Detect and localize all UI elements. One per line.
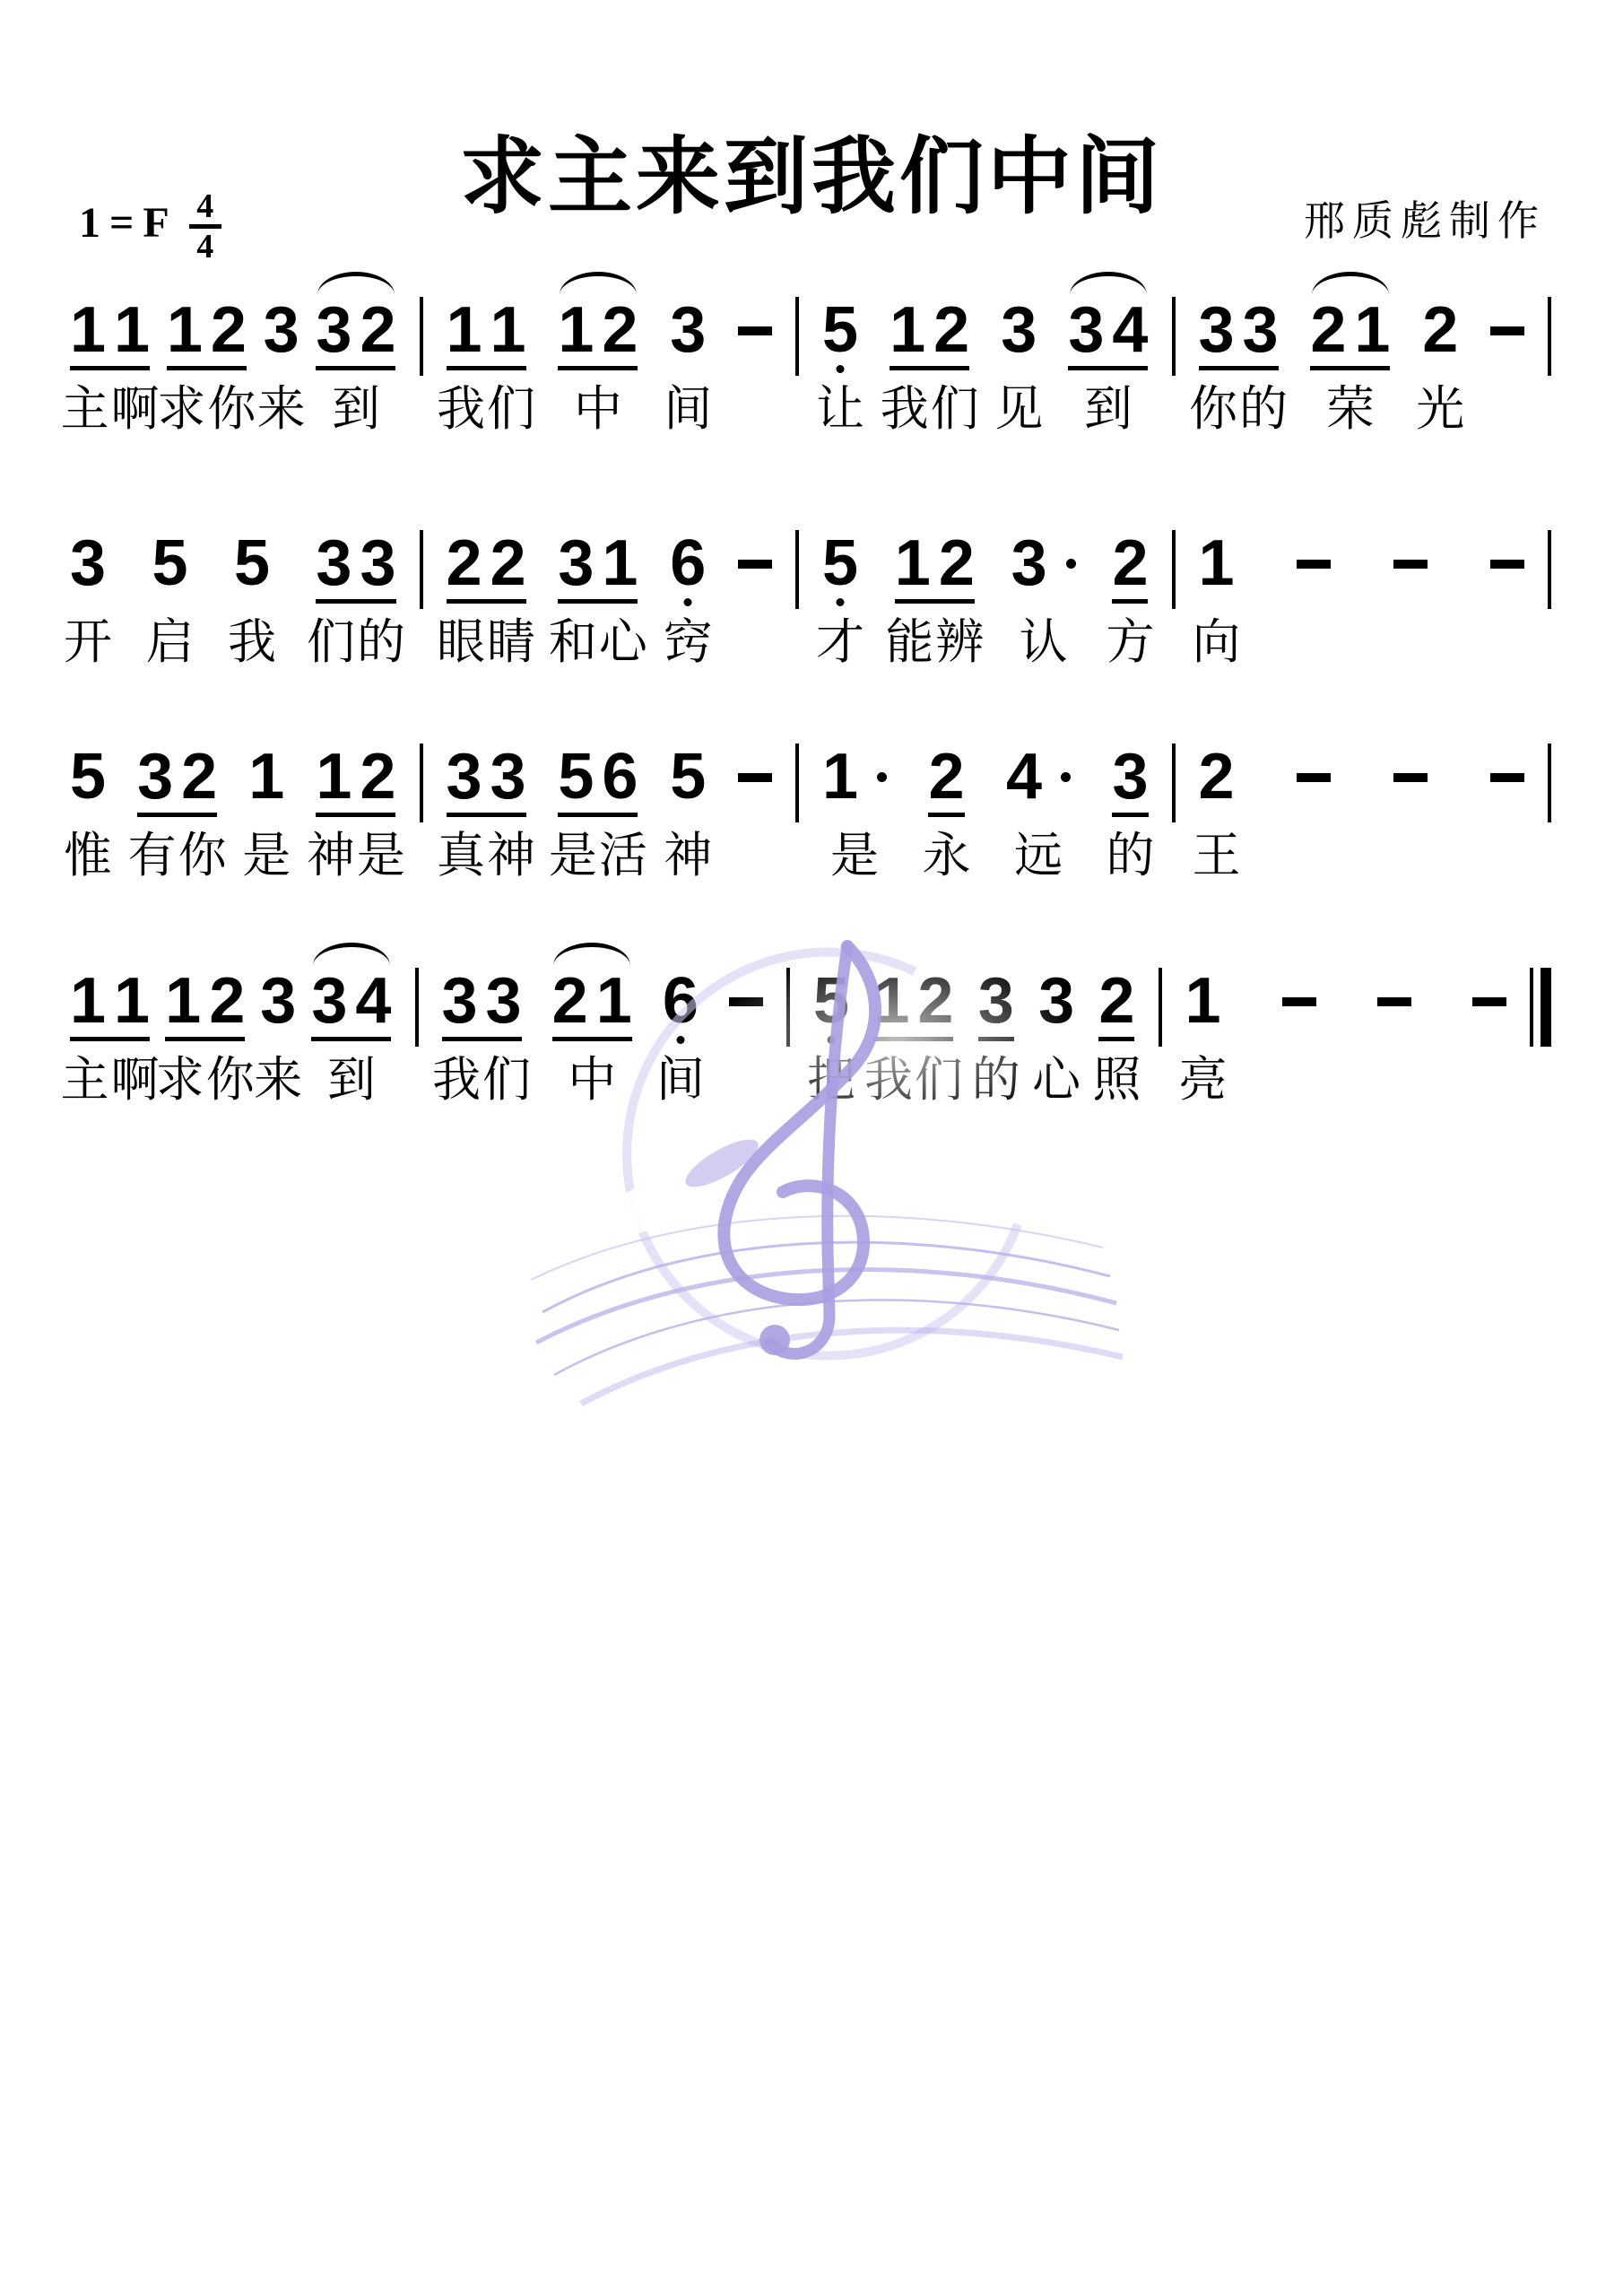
note-digit: 3 [311, 971, 347, 1031]
note-digit: 3 [1038, 971, 1074, 1031]
measure: 22眼睛31和心6窍 [423, 505, 796, 604]
note-token: 3认 [1011, 505, 1076, 593]
dash-glyph [1393, 560, 1428, 569]
lyric-syllable: 开 [64, 616, 112, 668]
lyric-syllable: 来 [254, 1054, 302, 1106]
lyric-syllable: 惟 [64, 830, 112, 882]
note-token: 5我 [234, 505, 270, 593]
lyric-char: 启 [145, 616, 194, 668]
measure: 1向 [1176, 505, 1549, 593]
dash-glyph [738, 326, 772, 335]
lyric-syllable: 我们 [437, 383, 535, 435]
note-digit: 4 [1006, 747, 1042, 806]
note-digits: 5 [822, 300, 858, 360]
note-token: 2照 [1098, 943, 1134, 1041]
augmentation-dot [877, 772, 887, 782]
note-digit: 1 [558, 300, 594, 360]
beamed-notes: 11 [70, 971, 150, 1041]
note-digit: 2 [602, 300, 638, 360]
dash-hold-note [1490, 718, 1524, 782]
lyric-char: 心 [1032, 1054, 1081, 1106]
note-digit: 2 [360, 747, 395, 806]
lyric-syllable: 向 [1193, 616, 1241, 668]
note-digit: 4 [1112, 300, 1148, 360]
note-digit: 3 [1068, 300, 1104, 360]
measure: 1亮 [1162, 943, 1531, 1031]
lyric-char: 中 [568, 1054, 616, 1106]
lyric-syllable: 神是 [307, 830, 405, 882]
note-digit: 3 [558, 534, 594, 593]
thin-barline [1530, 968, 1533, 1047]
augmentation-dot [1066, 559, 1076, 569]
lyric-char: 你 [206, 1054, 255, 1106]
note-token: 33你的 [1199, 272, 1279, 370]
lyric-char: 主 [61, 1054, 109, 1106]
note-digit: 3 [1112, 747, 1148, 806]
lyric-char: 求 [157, 383, 205, 435]
note-digits: 4 [1006, 747, 1071, 806]
note-token: 5让 [822, 272, 858, 360]
lyric-char: 来 [254, 1054, 302, 1106]
note-digit: 3 [70, 534, 106, 593]
beamed-notes: 34 [311, 971, 391, 1041]
note-digit: 4 [355, 971, 391, 1031]
note-digits: 1 [1185, 971, 1221, 1031]
note-token: 3间 [670, 272, 706, 360]
lyric-syllable: 让 [816, 383, 864, 435]
lyric-char: 把 [807, 1054, 855, 1106]
note-digits: 6 [663, 971, 699, 1031]
dash-glyph [1393, 773, 1428, 782]
lyric-syllable: 把 [807, 1054, 855, 1106]
note-digits: 5 [813, 971, 849, 1031]
lyric-char: 到 [332, 383, 380, 435]
time-signature: 4 4 [189, 190, 221, 263]
beamed-notes: 2 [1098, 971, 1134, 1041]
beamed-notes: 32 [316, 300, 395, 370]
lyric-char: 啊 [111, 1054, 160, 1106]
beamed-notes: 22 [447, 534, 526, 604]
note-digit: 2 [1098, 971, 1134, 1031]
measure: 33你的21荣2光 [1176, 272, 1549, 370]
beamed-notes: 12 [316, 747, 395, 817]
lyric-syllable: 我们 [881, 383, 979, 435]
note-digit: 5 [822, 534, 858, 593]
note-digit: 1 [490, 300, 526, 360]
lyric-char: 我 [437, 383, 485, 435]
lyric-char: 你 [178, 830, 227, 882]
notation-line-1: 11主啊12求你3来32到11我们12中3间5让12我们3见34到33你的21荣… [63, 272, 1551, 447]
lyric-char: 窍 [664, 616, 712, 668]
note-digits: 5 [152, 534, 187, 593]
note-token: 1是 [822, 718, 887, 806]
lyric-syllable: 才 [816, 616, 864, 668]
note-token: 32到 [316, 272, 395, 370]
note-digit: 3 [1199, 300, 1235, 360]
note-digit: 2 [917, 971, 953, 1031]
note-digit: 1 [114, 971, 150, 1031]
lyric-char: 亮 [1179, 1054, 1228, 1106]
lyric-syllable: 窍 [664, 616, 712, 668]
measure: 5惟32有你1是12神是 [63, 718, 420, 817]
note-digits: 1 [822, 747, 887, 806]
lyric-syllable: 中 [568, 1054, 616, 1106]
beamed-notes: 32 [137, 747, 217, 817]
note-token: 1是 [248, 718, 284, 806]
sheet-music-page: 求主来到我们中间 1 = F 4 4 邢质彪制作 11主啊12求你3来32到11… [0, 0, 1623, 2296]
lyric-syllable: 光 [1416, 383, 1464, 435]
lyric-char: 认 [1020, 616, 1068, 668]
barline [1548, 530, 1551, 609]
note-digit: 6 [670, 534, 706, 593]
slur-arc [1070, 272, 1147, 300]
dash-hold-note [738, 718, 772, 782]
beamed-notes: 21 [552, 971, 632, 1041]
lyric-syllable: 有你 [128, 830, 227, 882]
lyric-char: 们 [915, 1054, 963, 1106]
note-digits: 3 [70, 534, 106, 593]
note-token: 12求你 [165, 943, 245, 1041]
lyric-char: 心 [599, 616, 647, 668]
note-token: 3来 [264, 272, 299, 360]
low-octave-dot [684, 598, 692, 606]
lyric-char: 才 [816, 616, 864, 668]
lyric-char: 荣 [1326, 383, 1375, 435]
note-token: 1向 [1199, 505, 1235, 593]
lyric-syllable: 中 [574, 383, 622, 435]
note-token: 3开 [70, 505, 106, 593]
note-digit: 2 [211, 300, 247, 360]
note-token: 2方 [1112, 505, 1148, 604]
beamed-notes: 33 [316, 534, 395, 604]
measure: 5把12我们3的3心2照 [790, 943, 1159, 1041]
beamed-notes: 2 [1112, 534, 1148, 604]
lyric-syllable: 远 [1014, 830, 1063, 882]
note-digit: 2 [1199, 747, 1235, 806]
low-octave-dot [837, 365, 845, 373]
note-digit: 5 [152, 534, 187, 593]
note-digit: 2 [1112, 534, 1148, 593]
dash-hold-note [1490, 505, 1524, 569]
note-digit: 3 [490, 747, 526, 806]
beamed-notes: 33 [442, 971, 522, 1041]
dash-glyph [738, 560, 772, 569]
lyric-syllable: 真神 [437, 830, 535, 882]
note-digits: 1 [1199, 534, 1235, 593]
measure: 2王 [1176, 718, 1549, 806]
note-digit: 2 [552, 971, 588, 1031]
note-token: 11主啊 [70, 272, 150, 370]
dash-hold-note [1282, 943, 1316, 1006]
lyric-syllable: 永 [923, 830, 971, 882]
thick-barline [1541, 968, 1551, 1047]
lyric-char: 让 [816, 383, 864, 435]
lyric-syllable: 求你 [156, 1054, 255, 1106]
dash-hold-note [738, 505, 772, 569]
augmentation-dot [1061, 772, 1071, 782]
dash-hold-note [1393, 505, 1428, 569]
lyric-syllable: 们的 [307, 616, 405, 668]
key-note: F [143, 198, 169, 248]
note-token: 22眼睛 [447, 505, 526, 604]
lyric-syllable: 的 [1106, 830, 1154, 882]
note-token: 5把 [813, 943, 849, 1031]
lyric-syllable: 到 [332, 383, 380, 435]
lyric-char: 们 [307, 616, 355, 668]
beamed-notes: 12 [890, 300, 969, 370]
note-token: 21荣 [1310, 272, 1390, 370]
lyric-char: 照 [1092, 1054, 1141, 1106]
beamed-notes: 3 [1112, 747, 1148, 817]
note-token: 2永 [928, 718, 964, 817]
note-digits: 5 [70, 747, 106, 806]
lyric-syllable: 我们 [864, 1054, 963, 1106]
note-digits: 3 [264, 300, 299, 360]
beamed-notes: 31 [558, 534, 638, 604]
slur-arc [553, 943, 630, 970]
notation-line-4: 11主啊12求你3来34到33我们21中6间5把12我们3的3心2照1亮 [63, 943, 1551, 1118]
note-token: 12我们 [873, 943, 953, 1041]
note-digit: 1 [70, 971, 106, 1031]
lyric-char: 我 [432, 1054, 481, 1106]
lyric-char: 中 [574, 383, 622, 435]
note-digit: 1 [822, 747, 858, 806]
note-digits: 3 [1011, 534, 1076, 593]
lyric-syllable: 主啊 [61, 383, 160, 435]
lyric-char: 真 [437, 830, 485, 882]
lyric-syllable: 间 [656, 1054, 705, 1106]
barline [1548, 744, 1551, 822]
lyric-char: 的 [972, 1054, 1020, 1106]
note-digit: 3 [1243, 300, 1279, 360]
dash-hold-note [1297, 718, 1331, 782]
lyric-syllable: 见 [994, 383, 1043, 435]
dash-glyph [1282, 997, 1316, 1006]
lyric-char: 神 [307, 830, 355, 882]
note-token: 33们的 [316, 505, 395, 604]
lyric-syllable: 我们 [432, 1054, 531, 1106]
note-digit: 1 [602, 534, 638, 593]
lyric-char: 是 [549, 830, 597, 882]
notation-line-3: 5惟32有你1是12神是33真神56是活5神1是2永4远3的2王 [63, 718, 1551, 893]
beamed-notes: 12 [873, 971, 953, 1041]
note-digit: 5 [234, 534, 270, 593]
lyric-syllable: 求你 [157, 383, 256, 435]
lyric-char: 主 [61, 383, 109, 435]
lyric-char: 王 [1193, 830, 1241, 882]
note-token: 32有你 [137, 718, 217, 817]
lyric-char: 你 [1189, 383, 1237, 435]
note-token: 3见 [1001, 272, 1037, 360]
note-digit: 3 [447, 747, 482, 806]
lyric-char: 向 [1193, 616, 1241, 668]
final-double-barline [1530, 968, 1551, 1047]
lyric-char: 的 [357, 616, 405, 668]
lyric-char: 来 [257, 383, 306, 435]
note-digit: 3 [137, 747, 173, 806]
lyric-char: 活 [599, 830, 647, 882]
note-digits: 5 [234, 534, 270, 593]
beamed-notes: 33 [447, 747, 526, 817]
measure: 33真神56是活5神 [423, 718, 796, 817]
note-token: 3心 [1038, 943, 1074, 1031]
lyric-char: 间 [664, 383, 712, 435]
lyric-syllable: 启 [145, 616, 194, 668]
beamed-notes: 21 [1310, 300, 1390, 370]
note-digit: 1 [596, 971, 632, 1031]
note-digits: 5 [670, 747, 706, 806]
measure: 3开5启5我33们的 [63, 505, 420, 604]
lyric-syllable: 心 [1032, 1054, 1081, 1106]
note-digit: 3 [1011, 534, 1047, 593]
beamed-notes: 33 [1199, 300, 1279, 370]
lyric-char: 是 [242, 830, 291, 882]
key-signature: 1 = F 4 4 [79, 187, 221, 259]
lyric-char: 我 [864, 1054, 913, 1106]
note-digit: 2 [1310, 300, 1346, 360]
lyric-syllable: 王 [1193, 830, 1241, 882]
lyric-syllable: 你的 [1189, 383, 1288, 435]
note-digit: 1 [165, 971, 201, 1031]
note-digit: 2 [447, 534, 482, 593]
note-digits: 2 [1422, 300, 1458, 360]
note-digit: 1 [114, 300, 150, 360]
note-digits: 3 [1001, 300, 1037, 360]
beamed-notes: 12 [558, 300, 638, 370]
note-digits: 2 [1199, 747, 1235, 806]
note-digit: 5 [70, 747, 106, 806]
lyric-char: 到 [327, 1054, 376, 1106]
note-token: 5惟 [70, 718, 106, 806]
dash-glyph [729, 997, 763, 1006]
lyric-char: 有 [128, 830, 177, 882]
note-digit: 2 [490, 534, 526, 593]
note-digit: 1 [890, 300, 925, 360]
note-token: 5神 [670, 718, 706, 806]
lyric-char: 们 [487, 383, 535, 435]
dash-hold-note [1377, 943, 1411, 1006]
lyric-char: 永 [923, 830, 971, 882]
dash-glyph [1490, 326, 1524, 335]
lyric-char: 是 [357, 830, 405, 882]
lyric-char: 的 [1239, 383, 1288, 435]
dash-glyph [1377, 997, 1411, 1006]
note-digit: 2 [360, 300, 395, 360]
lyric-syllable: 眼睛 [437, 616, 535, 668]
dash-glyph [1472, 997, 1506, 1006]
note-digit: 1 [895, 534, 931, 593]
note-token: 12求你 [167, 272, 247, 370]
note-token: 11主啊 [70, 943, 150, 1041]
note-digit: 3 [978, 971, 1014, 1031]
dash-glyph [1297, 560, 1331, 569]
note-digit: 3 [486, 971, 522, 1031]
note-digit: 2 [933, 300, 969, 360]
lyric-char: 神 [664, 830, 712, 882]
lyric-char: 们 [482, 1054, 531, 1106]
dash-hold-note [1472, 943, 1506, 1006]
note-digit: 1 [1185, 971, 1221, 1031]
note-digit: 1 [1354, 300, 1390, 360]
lyric-char: 求 [156, 1054, 204, 1106]
note-digit: 1 [447, 300, 482, 360]
note-token: 6窍 [670, 505, 706, 593]
note-token: 5启 [152, 505, 187, 593]
dash-glyph [1490, 773, 1524, 782]
dash-hold-note [1490, 272, 1524, 335]
time-numerator: 4 [196, 190, 213, 222]
note-digit: 1 [316, 747, 352, 806]
note-digit: 2 [939, 534, 975, 593]
key-prefix: 1 [79, 198, 100, 248]
lyric-char: 睛 [487, 616, 535, 668]
lyric-syllable: 认 [1020, 616, 1068, 668]
beamed-notes: 11 [447, 300, 526, 370]
beamed-notes: 12 [165, 971, 245, 1041]
note-token: 12我们 [890, 272, 969, 370]
note-token: 2王 [1199, 718, 1235, 806]
arranger-credit: 邢质彪制作 [1304, 188, 1546, 248]
beamed-notes: 11 [70, 300, 150, 370]
note-token: 33我们 [442, 943, 522, 1041]
lyric-syllable: 神 [664, 830, 712, 882]
note-token: 33真神 [447, 718, 526, 817]
note-digit: 3 [442, 971, 478, 1031]
dash-hold-note [1297, 505, 1331, 569]
lyric-syllable: 到 [327, 1054, 376, 1106]
lyric-char: 的 [1106, 830, 1154, 882]
note-digit: 5 [558, 747, 594, 806]
lyric-char: 眼 [437, 616, 485, 668]
note-digit: 2 [209, 971, 245, 1031]
lyric-char: 间 [656, 1054, 705, 1106]
lyric-char: 我 [228, 616, 276, 668]
dash-glyph [1297, 773, 1331, 782]
lyric-char: 方 [1106, 616, 1154, 668]
slur-arc [313, 943, 390, 970]
measure: 1是2永4远3的 [799, 718, 1172, 817]
note-digit: 5 [822, 300, 858, 360]
note-token: 12神是 [316, 718, 395, 817]
lyric-char: 们 [931, 383, 979, 435]
dash-hold-note [729, 943, 763, 1006]
note-digits: 3 [260, 971, 296, 1031]
note-digit: 6 [602, 747, 638, 806]
lyric-char: 惟 [64, 830, 112, 882]
measure: 11主啊12求你3来34到 [63, 943, 415, 1041]
note-digit: 1 [70, 300, 106, 360]
lyric-char: 到 [1084, 383, 1133, 435]
lyric-char: 能 [885, 616, 933, 668]
beamed-notes: 34 [1068, 300, 1148, 370]
lyric-syllable: 照 [1092, 1054, 1141, 1106]
note-digits: 1 [248, 747, 284, 806]
time-denominator: 4 [196, 230, 213, 263]
note-token: 4远 [1006, 718, 1071, 806]
notation-line-2: 3开5启5我33们的22眼睛31和心6窍5才12能辨3认2方1向 [63, 505, 1551, 680]
note-token: 5才 [822, 505, 858, 593]
measure: 5让12我们3见34到 [799, 272, 1172, 370]
note-digit: 3 [264, 300, 299, 360]
note-digit: 1 [248, 747, 284, 806]
note-token: 34到 [311, 943, 391, 1041]
note-token: 34到 [1068, 272, 1148, 370]
lyric-char: 远 [1014, 830, 1063, 882]
key-equals: = [109, 198, 134, 248]
slur-arc [1312, 272, 1389, 300]
note-digit: 3 [1001, 300, 1037, 360]
beamed-notes: 56 [558, 747, 638, 817]
